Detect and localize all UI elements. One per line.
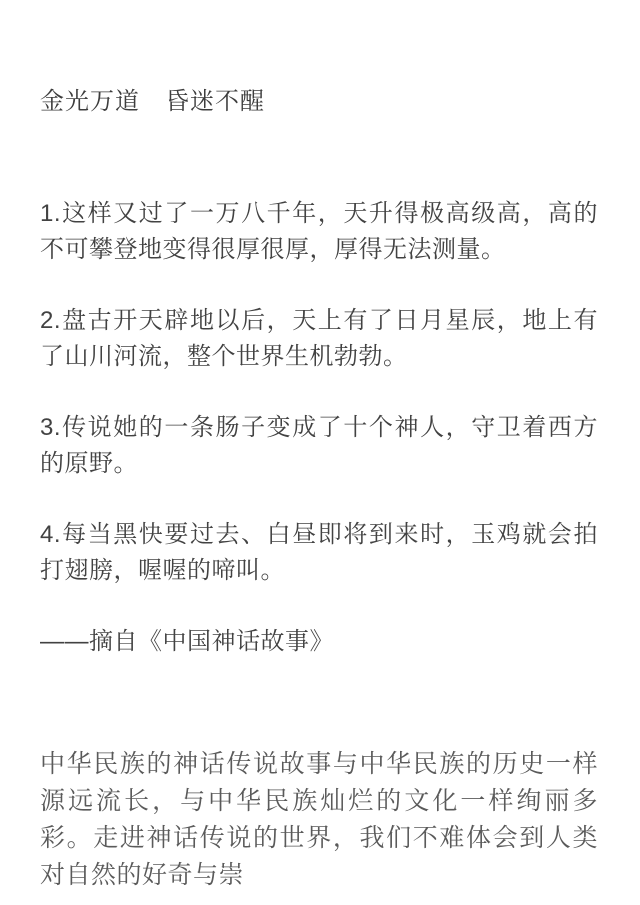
list-item-2: 2.盘古开天辟地以后，天上有了日月星辰，地上有了山川河流，整个世界生机勃勃。 bbox=[40, 303, 598, 375]
document-page: 金光万道 昏迷不醒 1.这样又过了一万八千年，天升得极高级高，高的不可攀登地变得… bbox=[0, 0, 640, 905]
list-item-3: 3.传说她的一条肠子变成了十个神人，守卫着西方的原野。 bbox=[40, 410, 598, 482]
source-citation: ——摘自《中国神话故事》 bbox=[40, 624, 598, 660]
page-title: 金光万道 昏迷不醒 bbox=[40, 84, 598, 120]
list-item-4: 4.每当黑快要过去、白昼即将到来时，玉鸡就会拍打翅膀，喔喔的啼叫。 bbox=[40, 517, 598, 589]
closing-paragraph: 中华民族的神话传说故事与中华民族的历史一样源远流长，与中华民族灿烂的文化一样绚丽… bbox=[40, 746, 598, 894]
list-item-1: 1.这样又过了一万八千年，天升得极高级高，高的不可攀登地变得很厚很厚，厚得无法测… bbox=[40, 196, 598, 268]
